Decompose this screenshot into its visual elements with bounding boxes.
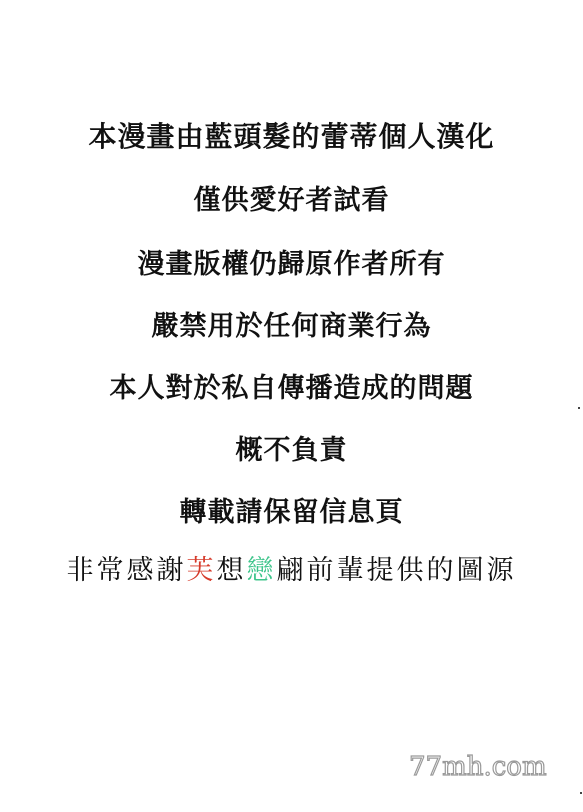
notice-line-responsibility: 本人對於私自傳播造成的問題 <box>0 373 583 405</box>
thanks-line: 非常感謝芙想戀翩前輩提供的圖源 <box>0 555 583 587</box>
scan-artifact <box>580 792 582 794</box>
notice-line-translator: 本漫畫由藍頭髮的蕾蒂個人漢化 <box>0 121 583 153</box>
notice-line-trial: 僅供愛好者試看 <box>0 185 583 217</box>
thanks-name-red: 芙 <box>187 555 217 586</box>
scan-artifact <box>578 407 580 409</box>
thanks-prefix: 非常感謝 <box>67 555 187 586</box>
notice-line-disclaimer: 概不負責 <box>0 435 583 467</box>
thanks-name-green: 戀 <box>247 555 277 586</box>
notice-line-copyright: 漫畫版權仍歸原作者所有 <box>0 249 583 281</box>
notice-line-no-commercial: 嚴禁用於任何商業行為 <box>0 311 583 343</box>
notice-line-repost: 轉載請保留信息頁 <box>0 497 583 529</box>
site-watermark: 77mh.com <box>409 752 547 782</box>
thanks-name-middle: 想 <box>217 555 247 586</box>
thanks-suffix: 翩前輩提供的圖源 <box>277 555 517 586</box>
